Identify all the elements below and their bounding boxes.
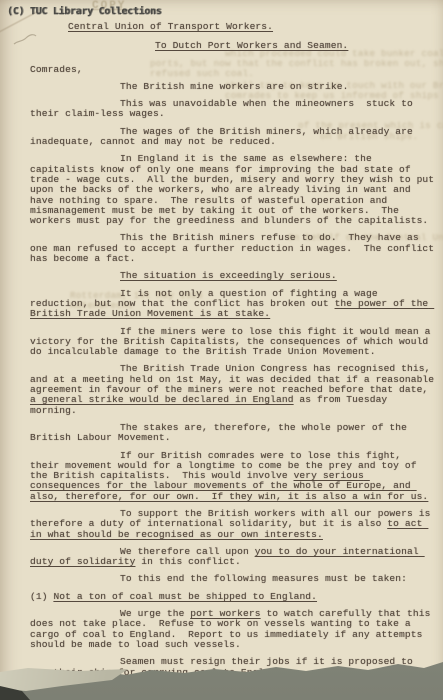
paragraph: The situation is exceedingly serious.	[30, 271, 436, 281]
document-body: Central Union of Transport Workers. To D…	[30, 22, 436, 685]
salutation: Comrades,	[30, 65, 436, 75]
paragraph: It is not only a question of fighting a …	[30, 289, 436, 320]
paragraph: (1) Not a ton of coal must be shipped to…	[30, 592, 436, 602]
paragraph: To support the British workers with all …	[30, 509, 436, 540]
paragraph: This was unavoidable when the mineowners…	[30, 99, 436, 120]
paragraph: To this end the following measures must …	[30, 574, 436, 584]
paragraph: If the miners were to lose this fight it…	[30, 327, 436, 358]
paragraph: The stakes are, therefore, the whole pow…	[30, 423, 436, 444]
paper: COPY (C) TUC Library Collections which p…	[0, 0, 443, 692]
document-subtitle: To Dutch Port Workers and Seamen.	[155, 41, 436, 51]
document-title: Central Union of Transport Workers.	[68, 22, 436, 32]
paragraph: We therefore call upon you to do your in…	[30, 547, 436, 568]
paragraph: If our British comrades were to lose thi…	[30, 451, 436, 502]
paragraph: In England it is the same as elsewhere: …	[30, 154, 436, 226]
paragraph: This the British miners refuse to do. Th…	[30, 233, 436, 264]
paragraphs-container: The British mine workers are on strike.T…	[30, 82, 436, 678]
scanned-document: COPY (C) TUC Library Collections which p…	[0, 0, 443, 700]
watermark: (C) TUC Library Collections	[7, 6, 161, 17]
paragraph: We urge the port workers to watch carefu…	[30, 609, 436, 650]
paragraph: The British mine workers are on strike.	[30, 82, 436, 92]
paragraph: The British Trade Union Congress has rec…	[30, 364, 436, 415]
paragraph: The wages of the British miners, which a…	[30, 127, 436, 148]
